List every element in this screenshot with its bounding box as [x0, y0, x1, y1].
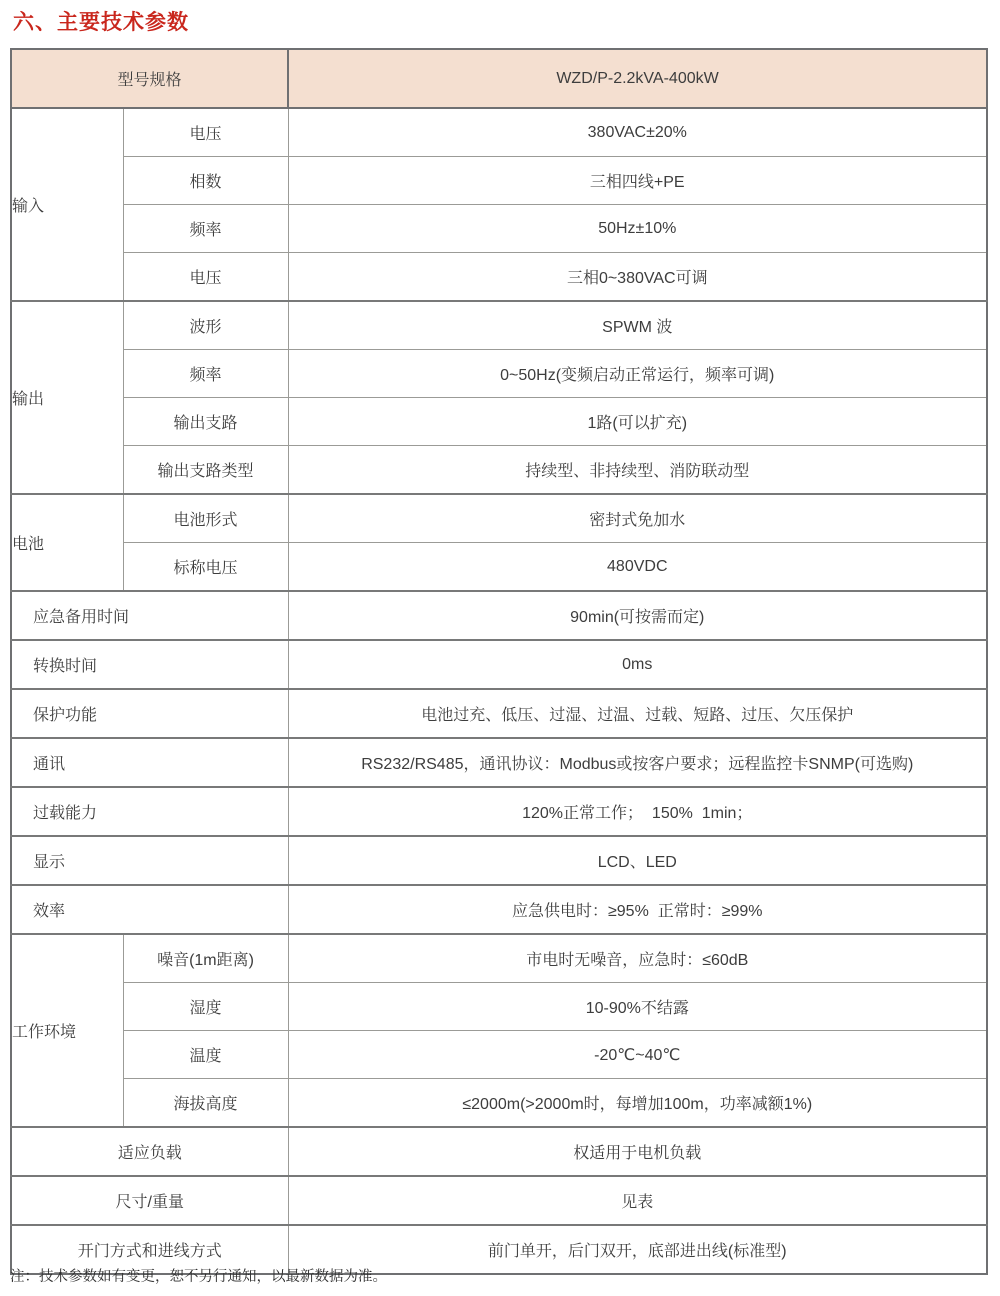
table-row: 电池电池形式密封式免加水: [11, 494, 987, 543]
param-value: 密封式免加水: [288, 494, 987, 543]
table-row: 应急备用时间90min(可按需而定): [11, 591, 987, 640]
param-label: 噪音(1m距离): [123, 934, 288, 983]
param-value: 持续型、非持续型、消防联动型: [288, 446, 987, 495]
group-label: 电池: [11, 494, 123, 591]
table-row: 输出支路类型持续型、非持续型、消防联动型: [11, 446, 987, 495]
spec-sheet-page: 六、主要技术参数 型号规格 WZD/P-2.2kVA-400kW 输入电压380…: [0, 0, 1000, 1296]
param-label: 相数: [123, 157, 288, 205]
param-label: 频率: [123, 205, 288, 253]
group-label: 工作环境: [11, 934, 123, 1127]
param-value: 0ms: [288, 640, 987, 689]
table-row: 相数三相四线+PE: [11, 157, 987, 205]
table-row: 显示LCD、LED: [11, 836, 987, 885]
param-label: 波形: [123, 301, 288, 350]
table-row: 频率0~50Hz(变频启动正常运行，频率可调): [11, 350, 987, 398]
spec-table-body: 型号规格 WZD/P-2.2kVA-400kW 输入电压380VAC±20%相数…: [11, 49, 987, 1274]
row-label: 显示: [11, 836, 288, 885]
param-value: 电池过充、低压、过湿、过温、过载、短路、过压、欠压保护: [288, 689, 987, 738]
param-value: ≤2000m(>2000m时，每增加100m，功率减额1%): [288, 1079, 987, 1128]
group-label: 输出: [11, 301, 123, 494]
param-value: 应急供电时：≥95% 正常时：≥99%: [288, 885, 987, 934]
row-label: 转换时间: [11, 640, 288, 689]
table-row: 输出支路1路(可以扩充): [11, 398, 987, 446]
table-row: 标称电压480VDC: [11, 543, 987, 592]
page-title: 六、主要技术参数: [13, 6, 189, 36]
param-value: -20℃~40℃: [288, 1031, 987, 1079]
row-label: 尺寸/重量: [11, 1176, 288, 1225]
table-row: 保护功能电池过充、低压、过湿、过温、过载、短路、过压、欠压保护: [11, 689, 987, 738]
table-row: 海拔高度≤2000m(>2000m时，每增加100m，功率减额1%): [11, 1079, 987, 1128]
row-label: 适应负载: [11, 1127, 288, 1176]
table-row: 频率50Hz±10%: [11, 205, 987, 253]
table-row: 电压三相0~380VAC可调: [11, 253, 987, 302]
param-value: 380VAC±20%: [288, 108, 987, 157]
param-value: 前门单开，后门双开，底部进出线(标准型): [288, 1225, 987, 1274]
model-spec-value: WZD/P-2.2kVA-400kW: [288, 49, 987, 108]
footnote: 注：技术参数如有变更，恕不另行通知，以最新数据为准。: [10, 1265, 387, 1286]
table-row: 效率应急供电时：≥95% 正常时：≥99%: [11, 885, 987, 934]
group-label: 输入: [11, 108, 123, 301]
param-value: 权适用于电机负载: [288, 1127, 987, 1176]
spec-table: 型号规格 WZD/P-2.2kVA-400kW 输入电压380VAC±20%相数…: [10, 48, 988, 1275]
row-label: 应急备用时间: [11, 591, 288, 640]
table-row: 温度-20℃~40℃: [11, 1031, 987, 1079]
param-label: 电压: [123, 108, 288, 157]
param-label: 频率: [123, 350, 288, 398]
param-value: 0~50Hz(变频启动正常运行，频率可调): [288, 350, 987, 398]
param-value: RS232/RS485，通讯协议：Modbus或按客户要求；远程监控卡SNMP(…: [288, 738, 987, 787]
param-value: 10-90%不结露: [288, 983, 987, 1031]
table-header-row: 型号规格 WZD/P-2.2kVA-400kW: [11, 49, 987, 108]
param-label: 电池形式: [123, 494, 288, 543]
table-row: 转换时间0ms: [11, 640, 987, 689]
param-label: 标称电压: [123, 543, 288, 592]
model-spec-header: 型号规格: [11, 49, 288, 108]
param-value: LCD、LED: [288, 836, 987, 885]
table-row: 湿度10-90%不结露: [11, 983, 987, 1031]
param-label: 湿度: [123, 983, 288, 1031]
row-label: 保护功能: [11, 689, 288, 738]
param-value: 三相四线+PE: [288, 157, 987, 205]
param-value: 120%正常工作； 150% 1min；: [288, 787, 987, 836]
param-value: SPWM 波: [288, 301, 987, 350]
table-row: 通讯RS232/RS485，通讯协议：Modbus或按客户要求；远程监控卡SNM…: [11, 738, 987, 787]
table-row: 工作环境噪音(1m距离)市电时无噪音，应急时：≤60dB: [11, 934, 987, 983]
row-label: 过载能力: [11, 787, 288, 836]
row-label: 通讯: [11, 738, 288, 787]
param-value: 1路(可以扩充): [288, 398, 987, 446]
param-value: 市电时无噪音，应急时：≤60dB: [288, 934, 987, 983]
param-label: 电压: [123, 253, 288, 302]
param-value: 三相0~380VAC可调: [288, 253, 987, 302]
row-label: 效率: [11, 885, 288, 934]
param-value: 480VDC: [288, 543, 987, 592]
table-row: 输入电压380VAC±20%: [11, 108, 987, 157]
table-row: 过载能力120%正常工作； 150% 1min；: [11, 787, 987, 836]
table-row: 适应负载权适用于电机负载: [11, 1127, 987, 1176]
param-label: 海拔高度: [123, 1079, 288, 1128]
param-value: 50Hz±10%: [288, 205, 987, 253]
param-label: 输出支路: [123, 398, 288, 446]
param-label: 输出支路类型: [123, 446, 288, 495]
param-label: 温度: [123, 1031, 288, 1079]
table-row: 尺寸/重量见表: [11, 1176, 987, 1225]
table-row: 输出波形SPWM 波: [11, 301, 987, 350]
param-value: 见表: [288, 1176, 987, 1225]
param-value: 90min(可按需而定): [288, 591, 987, 640]
